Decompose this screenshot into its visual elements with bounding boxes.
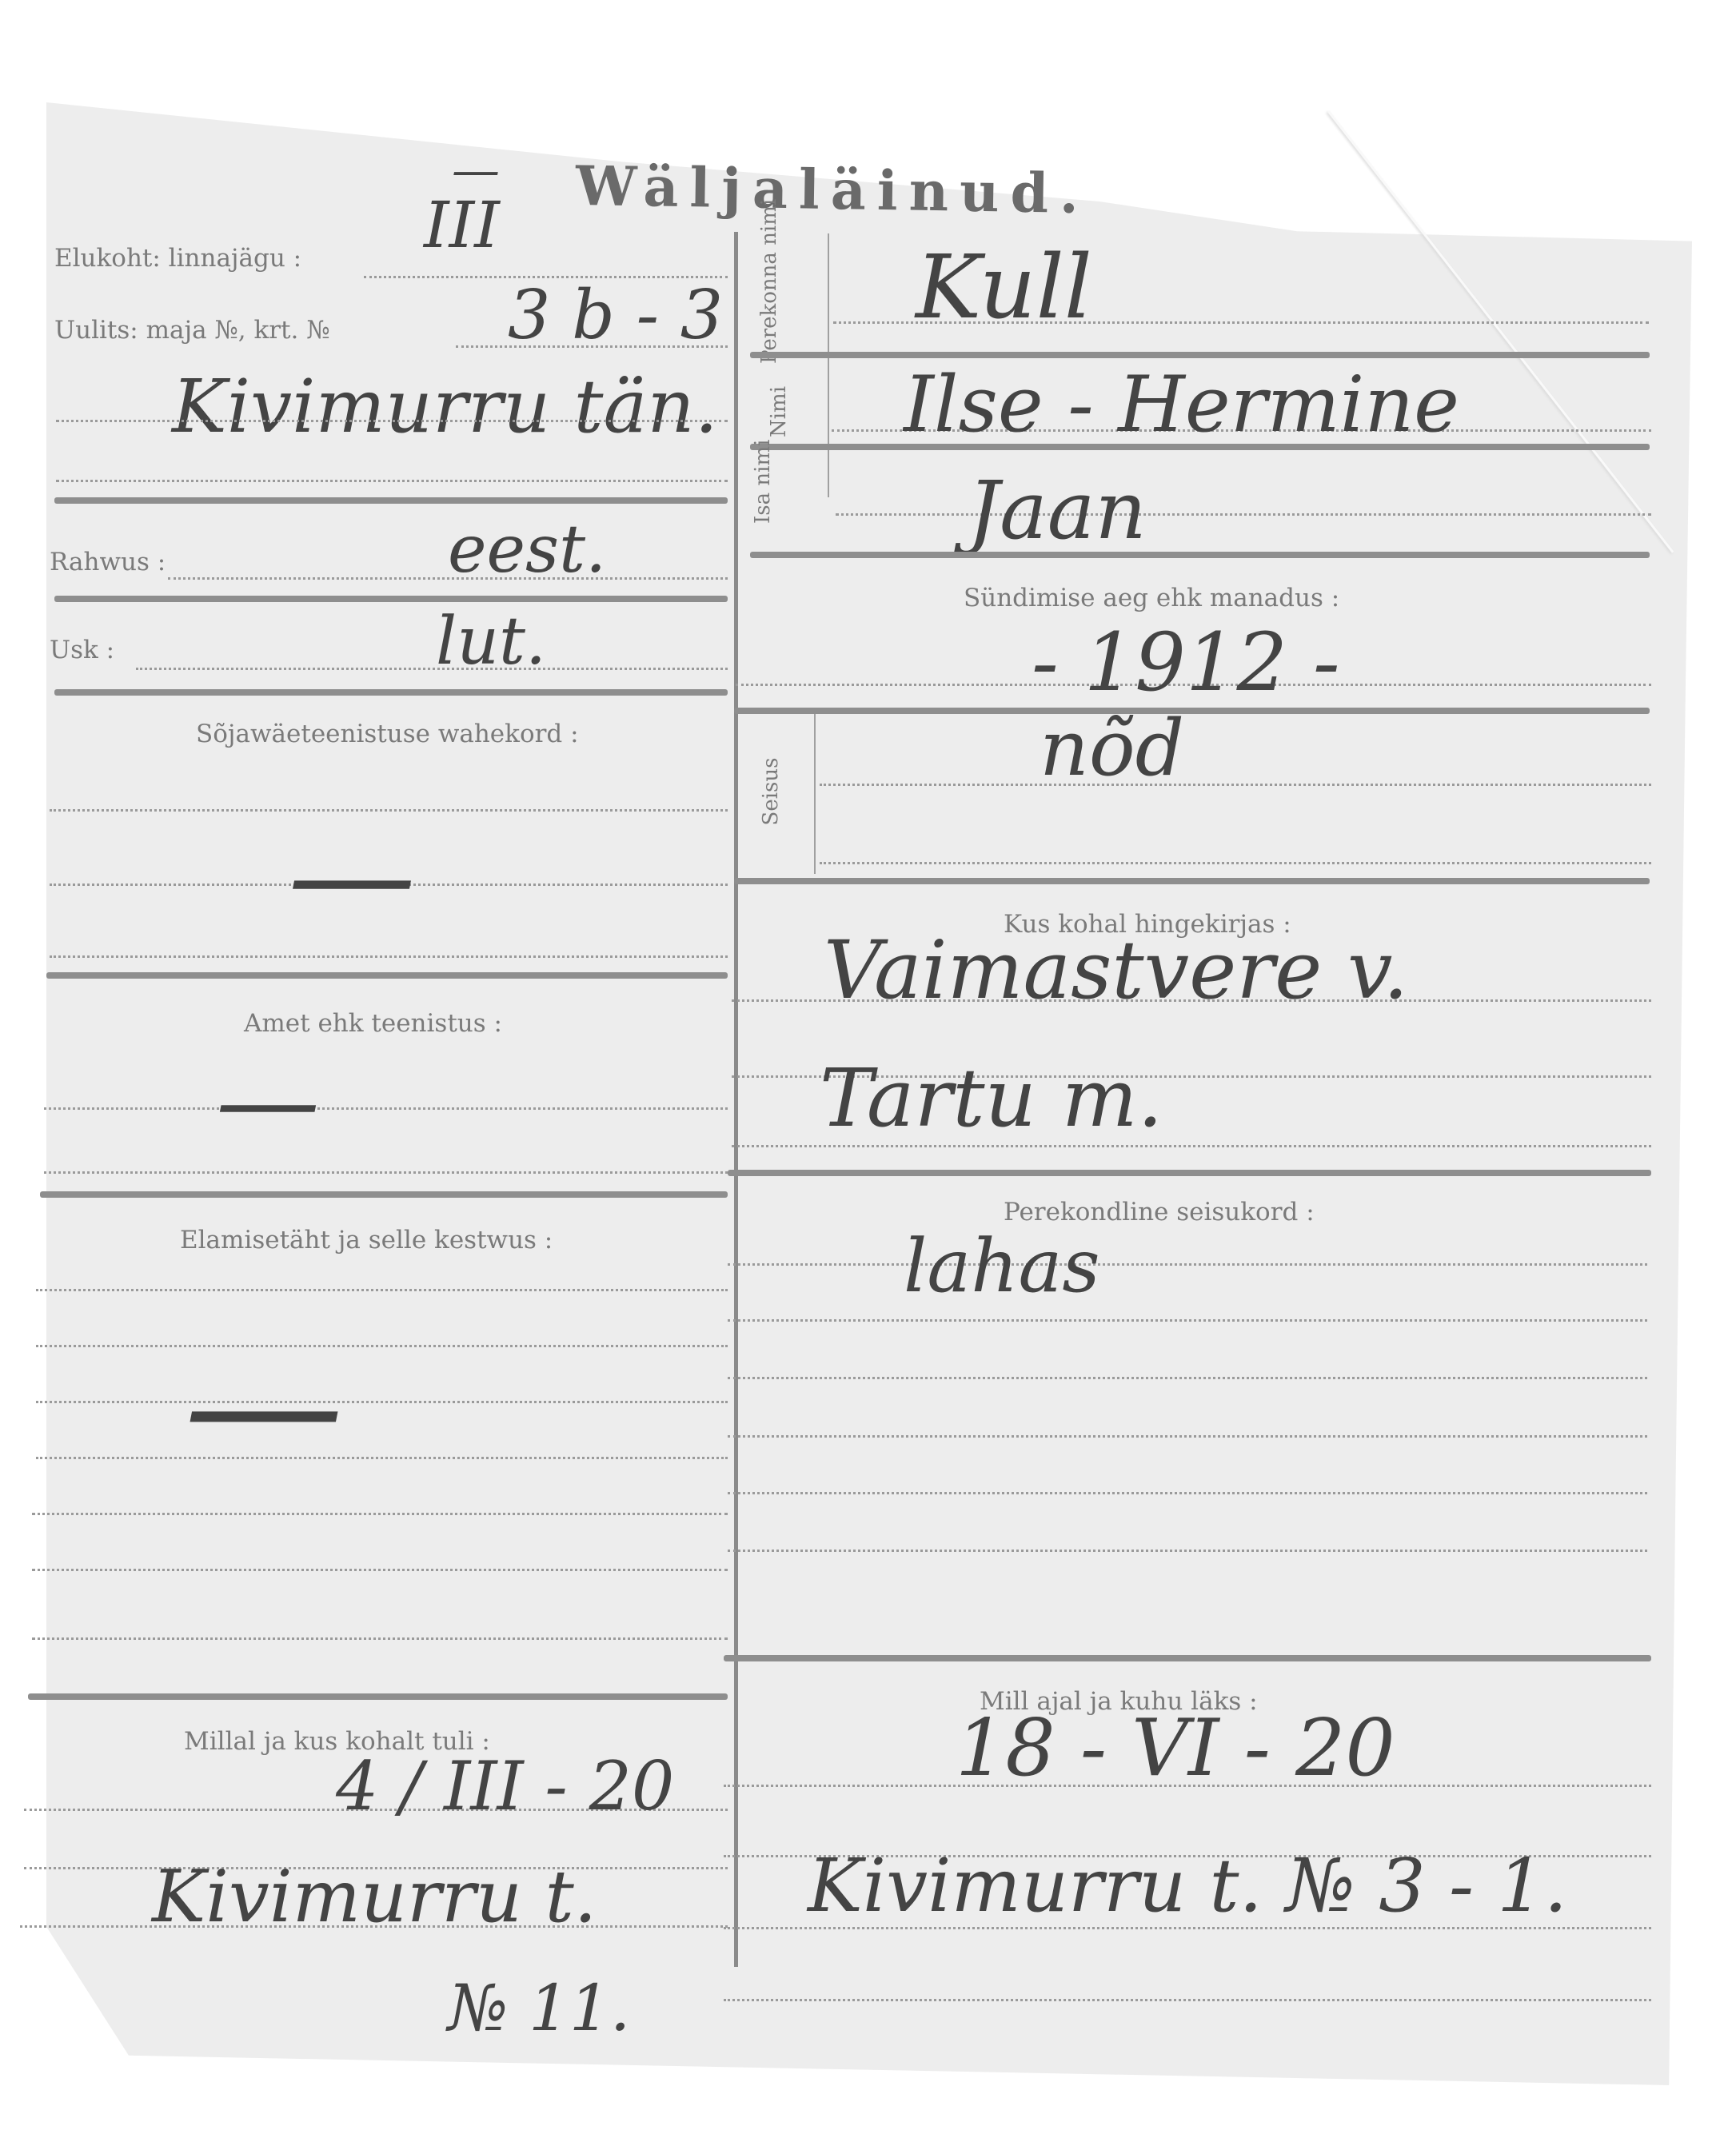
section-rule: [46, 972, 728, 979]
value-amet: —: [216, 1039, 320, 1161]
section-rule: [734, 708, 1650, 714]
value-house-number: 3 b - 3: [508, 276, 723, 354]
value-father-name: Jaan: [968, 464, 1147, 557]
value-street: Kivimurru tän.: [172, 364, 718, 449]
section-rule: [54, 497, 728, 504]
value-arrival-place: Kivimurru t.: [152, 1855, 597, 1939]
section-rule: [750, 444, 1650, 450]
dotted-line: [44, 1107, 728, 1110]
dotted-line: [728, 1377, 1647, 1379]
section-rule: [28, 1693, 728, 1700]
label-amet: Amet ehk teenistus :: [244, 1009, 502, 1038]
dotted-line: [732, 1145, 1651, 1147]
label-rahwus: Rahwus :: [50, 548, 166, 576]
value-arrival-date: 4 / III - 20: [336, 1747, 674, 1825]
dotted-line: [36, 1401, 728, 1403]
value-usk: lut.: [436, 604, 546, 680]
dotted-line: [36, 1289, 728, 1291]
value-family-status: lahas: [904, 1223, 1100, 1309]
section-rule: [750, 552, 1650, 558]
label-uulits: Uulits: maja №, krt. №: [54, 316, 330, 345]
dotted-line: [56, 480, 728, 482]
column-divider: [734, 232, 738, 1967]
dotted-line: [32, 1513, 728, 1515]
value-arrival-number: № 11.: [448, 1971, 630, 2045]
section-rule: [54, 689, 728, 696]
value-seisus: nõd: [1040, 704, 1184, 793]
value-departure-date: 18 - VI - 20: [956, 1703, 1395, 1794]
label-perekondline: Perekondline seisukord :: [1004, 1198, 1315, 1227]
dotted-line: [724, 1999, 1651, 2001]
dotted-line: [32, 1637, 728, 1640]
label-nimi: Nimi: [768, 384, 800, 440]
dotted-line: [32, 1569, 728, 1571]
section-rule: [724, 1655, 1651, 1661]
section-rule: [728, 1170, 1651, 1176]
value-first-name: Ilse - Hermine: [904, 360, 1459, 449]
dotted-line: [36, 1457, 728, 1459]
section-rule: [40, 1191, 728, 1198]
dotted-line: [728, 1550, 1647, 1552]
dotted-line: [56, 420, 728, 422]
value-sojavae: —: [288, 800, 416, 949]
value-rahwus: eest.: [448, 512, 606, 588]
dotted-line: [36, 1345, 728, 1347]
dotted-line: [728, 1435, 1647, 1438]
value-elamisetaht: —: [184, 1311, 344, 1498]
dotted-line: [728, 1263, 1647, 1266]
dotted-line: [820, 784, 1651, 786]
dotted-line: [836, 513, 1651, 516]
dotted-line: [136, 668, 728, 670]
value-departure-place: Kivimurru t. № 3 - 1.: [808, 1843, 1567, 1929]
form-title: Wäljaläinud.: [575, 154, 1090, 226]
seisus-divider: [814, 714, 816, 874]
value-registry-county: Tartu m.: [820, 1051, 1163, 1145]
section-rule: [734, 878, 1650, 884]
value-birth-year: - 1912 -: [1032, 616, 1340, 709]
label-elamisetaht: Elamisetäht ja selle kestwus :: [180, 1226, 553, 1254]
value-registry-parish: Vaimastvere v.: [824, 923, 1408, 1017]
label-isa-nimi: Isa nimi: [752, 460, 800, 524]
label-usk: Usk :: [50, 636, 114, 664]
value-surname: Kull: [916, 236, 1092, 338]
label-sundimise-aeg: Sündimise aeg ehk manadus :: [964, 584, 1339, 612]
label-sojavae: Sõjawäeteenistuse wahekord :: [196, 720, 579, 748]
dotted-line: [728, 1492, 1647, 1494]
name-block-divider: [828, 233, 829, 497]
section-rule: [54, 596, 728, 602]
dotted-line: [44, 1171, 728, 1174]
value-elukoht: III: [424, 188, 500, 262]
dotted-line: [50, 955, 728, 958]
dotted-line: [728, 1319, 1647, 1322]
label-elukoht: Elukoht: linnajägu :: [54, 244, 301, 273]
dotted-line: [820, 862, 1651, 864]
label-seisus: Seisus: [760, 748, 792, 836]
label-perekonna-nimi: Perekonna nimi: [758, 268, 806, 364]
section-rule: [750, 352, 1650, 358]
